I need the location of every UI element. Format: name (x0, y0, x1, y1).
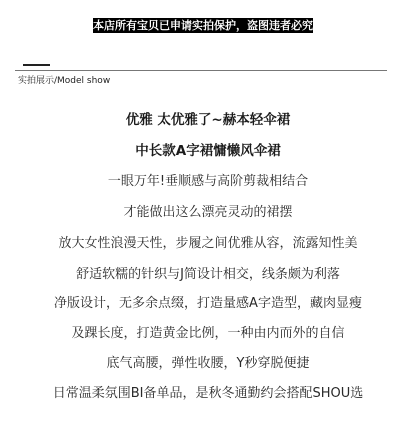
description-line-4: 舒适软糯的针织与J简设计相交，线条颇为利落 (0, 263, 416, 282)
description-line-2: 才能做出这么漂亮灵动的裙摆 (0, 201, 416, 220)
description-line-6: 及踝长度，打造黄金比例，一种由内而外的自信 (0, 322, 416, 341)
description-line-5: 净版设计，无多余点缀，打造量感A字造型，藏肉显瘦 (0, 292, 416, 311)
section-label: 实拍展示/Model show (18, 75, 110, 87)
description-line-7: 底气高腰，弹性收腰，Y秒穿脱便捷 (0, 352, 416, 371)
description-line-8: 日常温柔氛围BI备单品，是秋冬通勤约会搭配SHOU选 (0, 382, 416, 401)
copyright-banner: 本店所有宝贝已申请实拍保护，盗图违者必究 (93, 18, 313, 33)
section-divider (15, 70, 387, 71)
description-title-1: 优雅 太优雅了~赫本轻伞裙 (0, 108, 416, 128)
description-line-3: 放大女性浪漫天性，步履之间优雅从容，流露知性美 (0, 232, 416, 251)
section-accent-bar (23, 64, 50, 66)
description-title-2: 中长款A字裙慵懒风伞裙 (0, 139, 416, 159)
description-line-1: 一眼万年!垂顺感与高阶剪裁相结合 (0, 170, 416, 189)
